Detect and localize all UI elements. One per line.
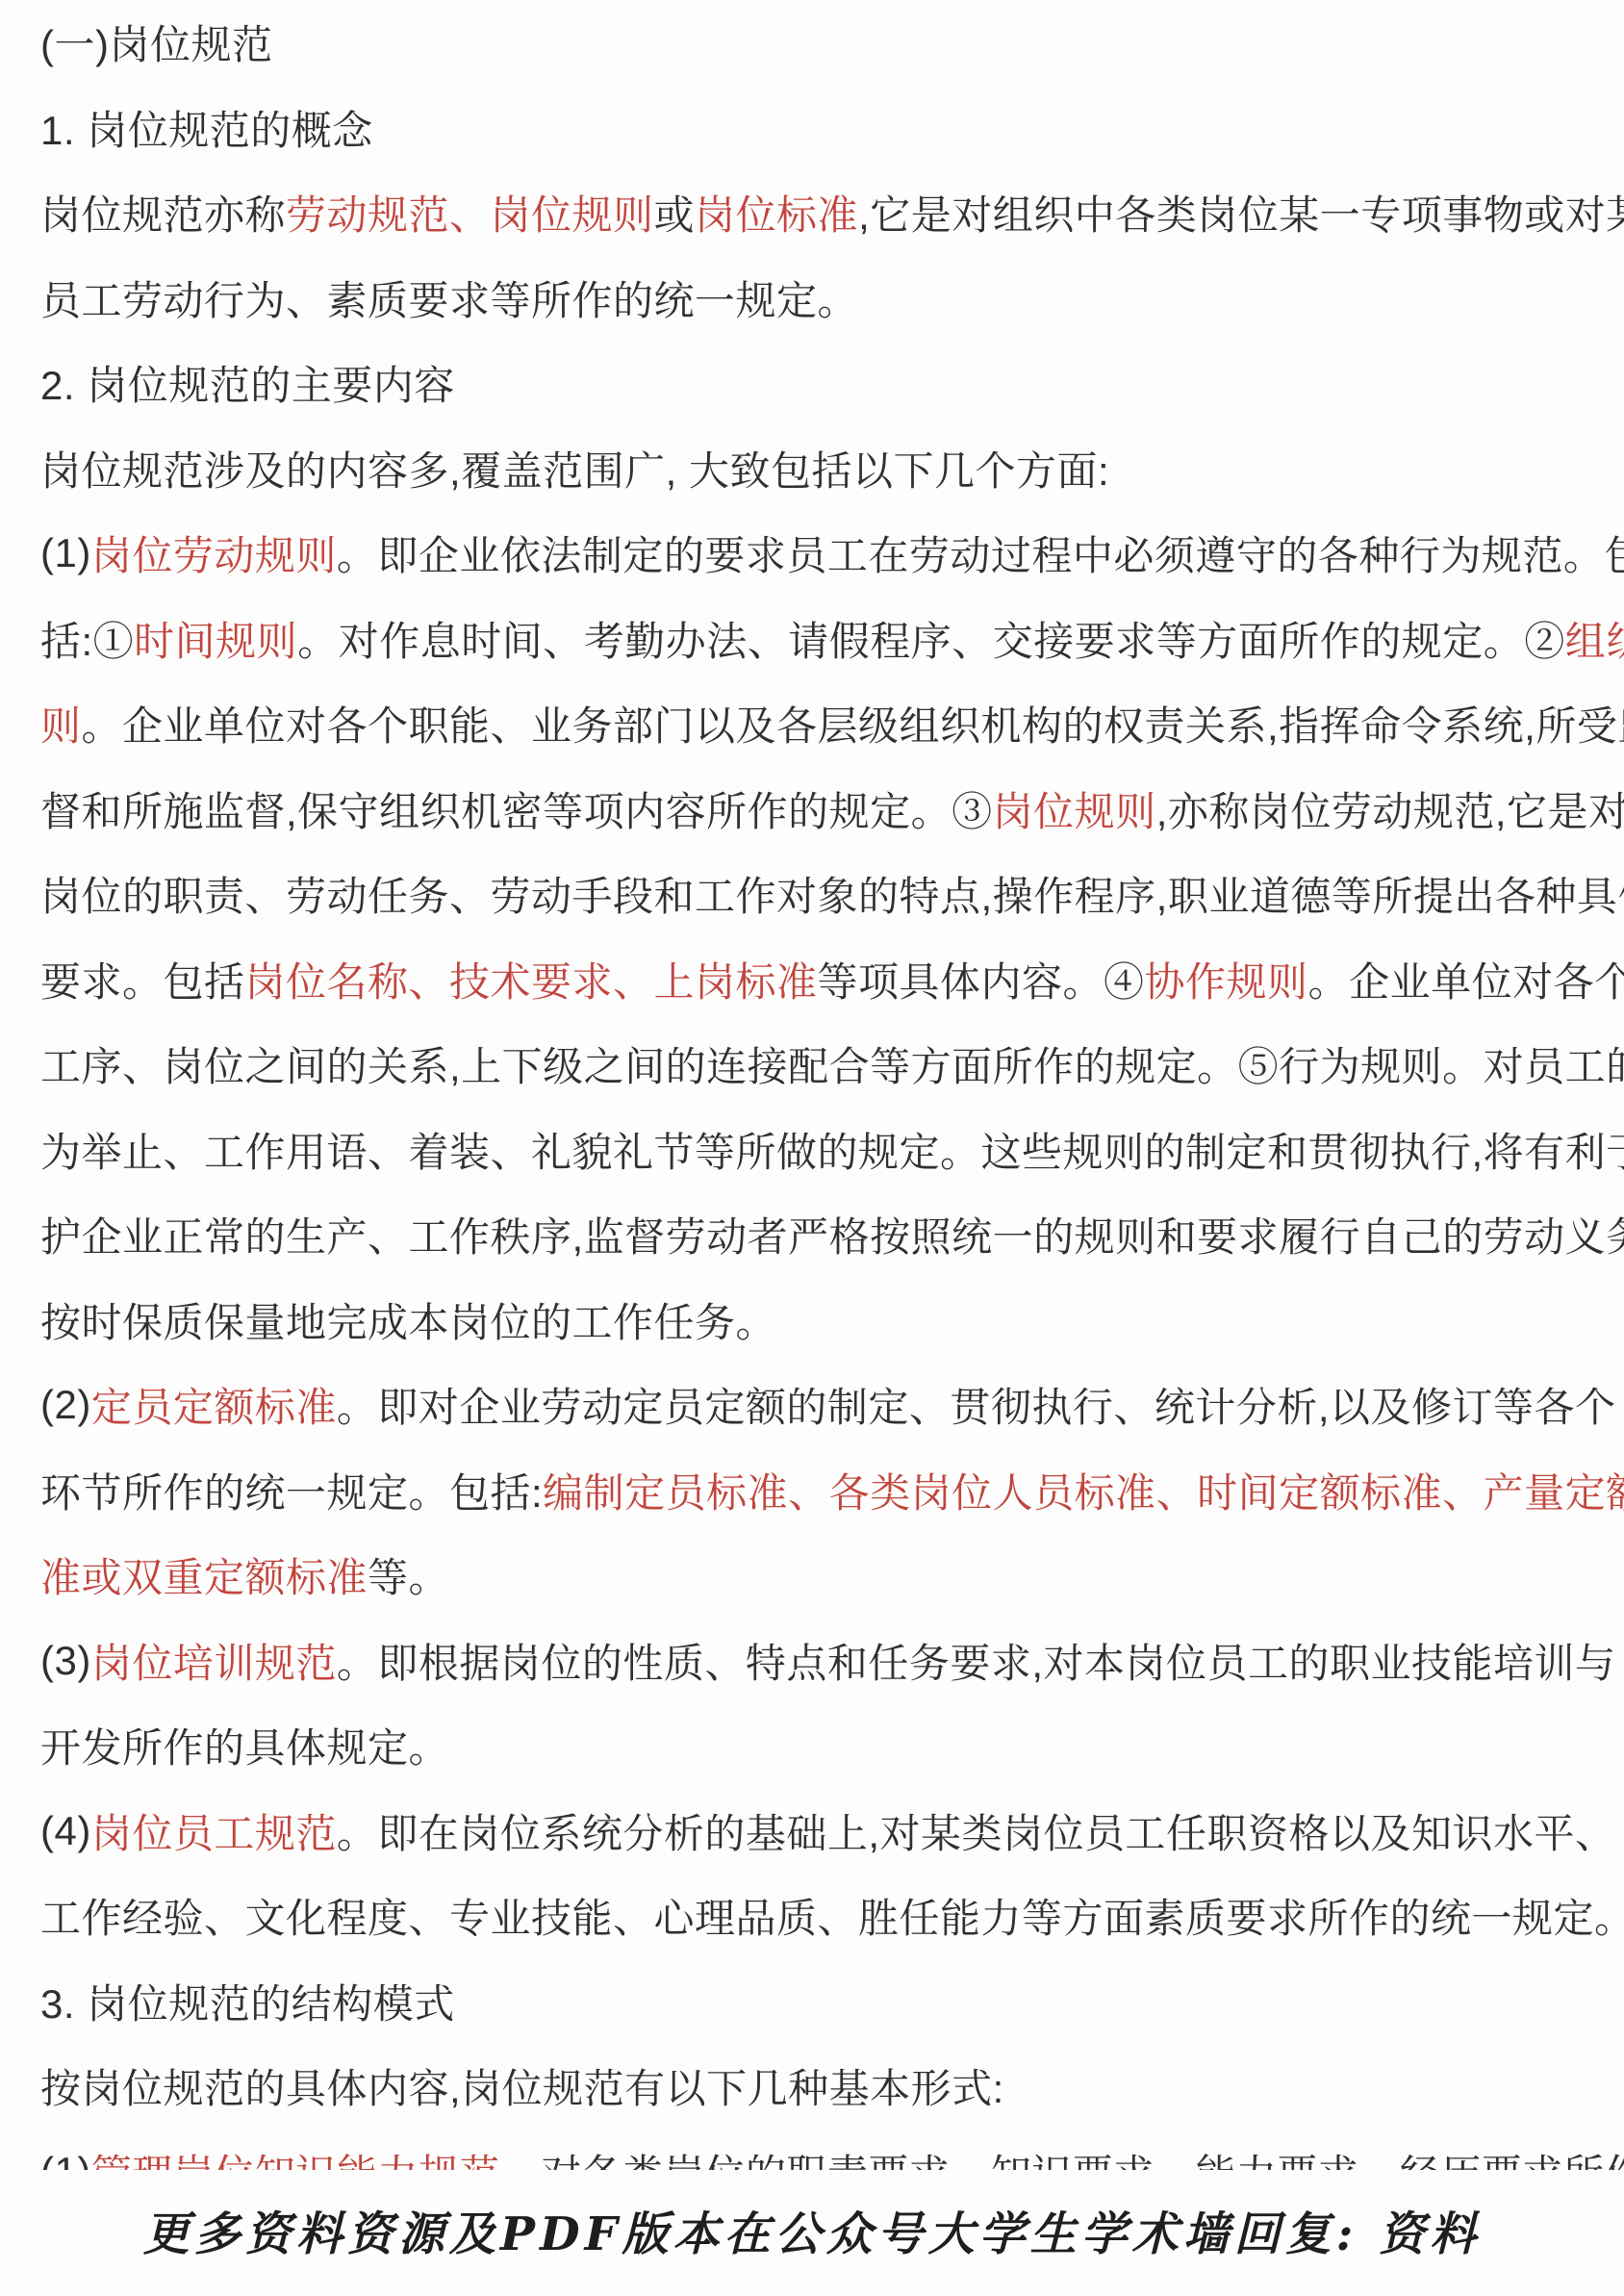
text-segment: (3) — [40, 1638, 91, 1684]
text-segment: 开发所作的具体规定。 — [40, 1717, 449, 1774]
text-segment: 员工劳动行为、素质要求等所作的统一规定。 — [40, 269, 858, 327]
text-line-7: (1)岗位劳动规则。即企业依法制定的要求员工在劳动过程中必须遵守的各种行为规范。… — [40, 511, 1589, 597]
text-segment: 1. 岗位规范的概念 — [40, 99, 373, 157]
footer-watermark: 更多资料资源及PDF版本在公众号大学生学术墙回复: 资料 — [0, 2197, 1624, 2263]
text-line-2: 1. 岗位规范的概念 — [40, 86, 1589, 171]
highlighted-term: 岗位员工规范 — [91, 1802, 337, 1860]
text-segment: 2. 岗位规范的主要内容 — [40, 354, 455, 412]
text-line-23: 工作经验、文化程度、专业技能、心理品质、胜任能力等方面素质要求所作的统一规定。 — [40, 1874, 1589, 1959]
text-line-8: 括:①时间规则。对作息时间、考勤办法、请假程序、交接要求等方面所作的规定。②组织… — [40, 597, 1589, 682]
text-segment: 。即企业依法制定的要求员工在劳动过程中必须遵守的各种行为规范。包 — [337, 524, 1624, 582]
text-line-13: 工序、岗位之间的关系,上下级之间的连接配合等方面所作的规定。⑤行为规则。对员工的… — [40, 1022, 1589, 1108]
text-line-14: 为举止、工作用语、着装、礼貌礼节等所做的规定。这些规则的制定和贯彻执行,将有利于… — [40, 1108, 1589, 1193]
text-segment: 等。 — [368, 1546, 449, 1604]
text-segment: 等项具体内容。④ — [818, 951, 1145, 1008]
highlighted-term: 组织规 — [1565, 610, 1624, 668]
text-line-22: (4)岗位员工规范。即在岗位系统分析的基础上,对某类岗位员工任职资格以及知识水平… — [40, 1789, 1589, 1875]
text-line-5: 2. 岗位规范的主要内容 — [40, 341, 1589, 426]
highlighted-term: 岗位标准 — [695, 184, 858, 242]
text-segment: (1) — [40, 530, 91, 576]
text-segment: (一)岗位规范 — [40, 13, 272, 71]
text-line-3: 岗位规范亦称劳动规范、岗位规则或岗位标准,它是对组织中各类岗位某一专项事物或对某… — [40, 170, 1589, 256]
text-line-12: 要求。包括岗位名称、技术要求、上岗标准等项具体内容。④协作规则。企业单位对各个工… — [40, 937, 1589, 1023]
highlighted-term: 协作规则 — [1145, 951, 1308, 1008]
text-segment: 岗位的职责、劳动任务、劳动手段和工作对象的特点,操作程序,职业道德等所提出各种具… — [40, 865, 1624, 923]
text-line-15: 护企业正常的生产、工作秩序,监督劳动者严格按照统一的规则和要求履行自己的劳动义务… — [40, 1192, 1589, 1278]
text-line-17: (2)定员定额标准。即对企业劳动定员定额的制定、贯彻执行、统计分析,以及修订等各… — [40, 1363, 1589, 1448]
text-segment: 环节所作的统一规定。包括: — [40, 1462, 543, 1519]
text-line-24: 3. 岗位规范的结构模式 — [40, 1959, 1589, 2045]
text-line-20: (3)岗位培训规范。即根据岗位的性质、特点和任务要求,对本岗位员工的职业技能培训… — [40, 1619, 1589, 1704]
text-segment: (4) — [40, 1808, 91, 1854]
text-segment: ,它是对组织中各类岗位某一专项事物或对某类 — [858, 184, 1624, 242]
highlighted-term: 劳动规范、岗位规则 — [286, 184, 654, 242]
text-line-16: 按时保质保量地完成本岗位的工作任务。 — [40, 1278, 1589, 1364]
text-segment: 工作经验、文化程度、专业技能、心理品质、胜任能力等方面素质要求所作的统一规定。 — [40, 1887, 1624, 1945]
highlighted-term: 岗位劳动规则 — [91, 524, 337, 582]
text-segment: 。即根据岗位的性质、特点和任务要求,对本岗位员工的职业技能培训与 — [337, 1632, 1616, 1690]
text-line-11: 岗位的职责、劳动任务、劳动手段和工作对象的特点,操作程序,职业道德等所提出各种具… — [40, 852, 1589, 937]
highlighted-term: 编制定员标准、各类岗位人员标准、时间定额标准、产量定额标 — [543, 1462, 1624, 1519]
text-segment: 要求。包括 — [40, 951, 245, 1008]
text-line-25: 按岗位规范的具体内容,岗位规范有以下几种基本形式: — [40, 2044, 1589, 2130]
text-segment: 。对作息时间、考勤办法、请假程序、交接要求等方面所作的规定。② — [297, 610, 1565, 668]
document-body: (一)岗位规范1. 岗位规范的概念岗位规范亦称劳动规范、岗位规则或岗位标准,它是… — [40, 0, 1589, 2214]
text-segment: 督和所施监督,保守组织机密等项内容所作的规定。③ — [40, 780, 993, 838]
text-line-21: 开发所作的具体规定。 — [40, 1703, 1589, 1789]
text-segment: 岗位规范亦称 — [40, 184, 286, 242]
highlighted-term: 准或双重定额标准 — [40, 1546, 368, 1604]
text-segment: 或 — [654, 184, 696, 242]
text-line-19: 准或双重定额标准等。 — [40, 1533, 1589, 1619]
text-segment: 为举止、工作用语、着装、礼貌礼节等所做的规定。这些规则的制定和贯彻执行,将有利于… — [40, 1121, 1624, 1179]
highlighted-term: 则 — [40, 695, 82, 753]
highlighted-term: 岗位名称、技术要求、上岗标准 — [245, 951, 818, 1008]
text-line-6: 岗位规范涉及的内容多,覆盖范围广, 大致包括以下几个方面: — [40, 426, 1589, 512]
text-segment: 。即在岗位系统分析的基础上,对某类岗位员工任职资格以及知识水平、 — [337, 1802, 1616, 1860]
text-segment: 。企业单位对各个职能、业务部门以及各层级组织机构的权责关系,指挥命令系统,所受监 — [82, 695, 1624, 753]
text-segment: 护企业正常的生产、工作秩序,监督劳动者严格按照统一的规则和要求履行自己的劳动义务… — [40, 1206, 1624, 1263]
text-line-9: 则。企业单位对各个职能、业务部门以及各层级组织机构的权责关系,指挥命令系统,所受… — [40, 681, 1589, 767]
text-segment: 3. 岗位规范的结构模式 — [40, 1973, 455, 2030]
text-segment: 岗位规范涉及的内容多,覆盖范围广, 大致包括以下几个方面: — [40, 440, 1109, 497]
highlighted-term: 岗位规则 — [993, 780, 1156, 838]
footer-area: 更多资料资源及PDF版本在公众号大学生学术墙回复: 资料 — [0, 2170, 1624, 2296]
text-segment: 按岗位规范的具体内容,岗位规范有以下几种基本形式: — [40, 2057, 1004, 2115]
text-line-1: (一)岗位规范 — [40, 0, 1589, 86]
highlighted-term: 定员定额标准 — [91, 1376, 337, 1434]
text-line-4: 员工劳动行为、素质要求等所作的统一规定。 — [40, 256, 1589, 342]
text-segment: (2) — [40, 1382, 91, 1428]
text-segment: ,亦称岗位劳动规范,它是对 — [1156, 780, 1624, 838]
text-segment: 按时保质保量地完成本岗位的工作任务。 — [40, 1291, 776, 1349]
text-line-10: 督和所施监督,保守组织机密等项内容所作的规定。③岗位规则,亦称岗位劳动规范,它是… — [40, 767, 1589, 853]
document-page: (一)岗位规范1. 岗位规范的概念岗位规范亦称劳动规范、岗位规则或岗位标准,它是… — [0, 0, 1624, 2296]
text-segment: 括:① — [40, 610, 134, 668]
text-segment: 工序、岗位之间的关系,上下级之间的连接配合等方面所作的规定。⑤行为规则。对员工的… — [40, 1035, 1624, 1093]
highlighted-term: 岗位培训规范 — [91, 1632, 337, 1690]
text-line-18: 环节所作的统一规定。包括:编制定员标准、各类岗位人员标准、时间定额标准、产量定额… — [40, 1448, 1589, 1534]
text-segment: 。即对企业劳动定员定额的制定、贯彻执行、统计分析,以及修订等各个 — [337, 1376, 1616, 1434]
text-segment: 。企业单位对各个工种、 — [1308, 951, 1624, 1008]
highlighted-term: 时间规则 — [134, 610, 297, 668]
